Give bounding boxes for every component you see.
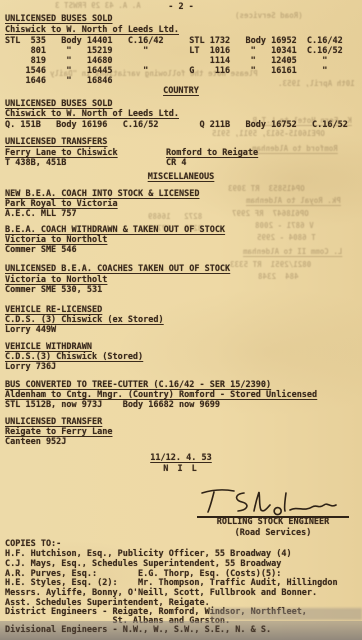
route-line: C.D.S. (3) Chiswick (ex Stored) (5, 316, 164, 325)
section-heading-unlicensed-transfer: UNLICENSED TRANSFER (5, 418, 102, 427)
vehicle-list: Lorry 736J (5, 363, 56, 372)
section-heading-bea-new: NEW B.E.A. COACH INTO STOCK & LICENSED (5, 190, 199, 199)
bleedthrough-text: (Road Services) (235, 11, 303, 20)
route-line: Chiswick to W. North of Leeds Ltd. (5, 26, 179, 35)
section-heading-country: COUNTRY (0, 87, 362, 96)
copies-line: H.E. Styles, Esq. (2): Mr. Thompson, Tra… (5, 579, 338, 588)
route-line: Chiswick to W. North of Leeds Ltd. (5, 110, 179, 119)
bleedthrough-text: T 6804 - 2995 (257, 233, 316, 242)
vehicle-list: T 438B, 451B (5, 159, 66, 168)
bleedthrough-text: Pk. Royal to Aldenham (246, 196, 341, 205)
section-heading-miscellaneous: MISCELLANEOUS (0, 173, 362, 182)
vehicle-list: A.E.C. MLL 757 (5, 210, 77, 219)
table-row: 1546 " 16445 " G 116 " 16161 " (5, 67, 327, 76)
signatory-title: ROLLING STOCK ENGINEER (197, 518, 349, 527)
copies-heading: COPIES TO:- (5, 540, 61, 549)
table-row: 1646 " 16846 (5, 77, 112, 86)
vehicle-list: STL 1512B, now 973J Body 16682 now 9699 (5, 401, 220, 410)
copies-line: Divisional Engineers - N.W., W., S.W., S… (5, 626, 271, 635)
route-line: Aldenham to Cntg. Mngr. (Country) Romfor… (5, 391, 317, 400)
bleedthrough-text: OPE16015-5613, 5911, 5915 (212, 129, 325, 138)
section-heading-bea-unlicensed: UNLICENSED B.E.A. COACHES TAKEN OUT OF S… (5, 265, 230, 274)
section-heading-bea-withdrawn: B.E.A. COACH WITHDRAWN & TAKEN OUT OF ST… (5, 226, 225, 235)
vehicle-list: Commer SME 546 (5, 246, 77, 255)
table-row: STL 535 Body 14401 C.16/42 STL 1732 Body… (5, 37, 343, 46)
route-line: C.D.S.(3) Chiswick (Stored) (5, 353, 143, 362)
copies-line: Messrs. Ayliffe, Bonny, O'Neill, Scott, … (5, 589, 317, 598)
date-line: 11/12. 4. 53 (0, 454, 362, 463)
copies-line: C.J. Mays, Esq., Schedules Superintenden… (5, 560, 281, 569)
bleedthrough-text: 8272 16689 (148, 212, 202, 221)
route-line: Romford to Reigate (166, 149, 258, 158)
scan-smudge (210, 608, 362, 620)
bleedthrough-text: 0821/2951 RT 5333 (230, 260, 311, 269)
vehicle-list: Lorry 449W (5, 326, 56, 335)
route-line: Victoria to Northolt (5, 276, 107, 285)
bleedthrough-text: Romford to Aldenham (252, 144, 338, 153)
vehicle-list: Commer SME 530, 531 (5, 286, 102, 295)
section-heading-unlicensed-buses-sold-country: UNLICENSED BUSES SOLD (5, 100, 112, 109)
vehicle-list: Canteen 952J (5, 438, 66, 447)
section-heading-unlicensed-buses-sold-central: UNLICENSED BUSES SOLD (5, 15, 112, 24)
bleedthrough-text: OP415853 RT 3093 (228, 184, 305, 193)
signatory-subtitle: (Road Services) (197, 529, 349, 538)
bleedthrough-text: 484 2348 (258, 272, 299, 281)
page-number: - 2 - (0, 3, 362, 12)
nil-line: N I L (0, 465, 362, 474)
route-line: Reigate to Ferry Lane (5, 428, 112, 437)
bleedthrough-text: OP618647 RF 2997 (232, 209, 309, 218)
handwritten-signature (198, 484, 348, 516)
section-heading-vehicle-relicensed: VEHICLE RE-LICENSED (5, 306, 102, 315)
table-row: 801 " 15219 " LT 1016 " 10341 C.16/52 (5, 47, 343, 56)
bleedthrough-text: L. Comm II to Aldenham (243, 247, 342, 256)
route-line: Park Royal to Victoria (5, 200, 118, 209)
bleedthrough-text: V 6871 - 2008 (255, 221, 314, 230)
section-heading-unlicensed-transfers: UNLICENSED TRANSFERS (5, 138, 107, 147)
route-line: Ferry Lane to Chiswick (5, 149, 118, 158)
table-row: Q. 151B Body 16196 C.16/52 Q 211B Body 1… (5, 121, 348, 130)
vehicle-list: CR 4 (166, 159, 186, 168)
table-row: 819 " 14680 1114 " 12405 " (5, 57, 327, 66)
scanned-document-page: A. A. 43 29 FRWST 3 (Road Services) Plea… (0, 0, 362, 640)
route-line: Victoria to Northolt (5, 236, 107, 245)
section-heading-vehicle-withdrawn: VEHICLE WITHDRAWN (5, 343, 92, 352)
section-heading-treecutter: BUS CONVERTED TO TREE-CUTTER (C.16/42 - … (5, 381, 271, 390)
copies-line: H.F. Hutchison, Esq., Publicity Officer,… (5, 550, 292, 559)
